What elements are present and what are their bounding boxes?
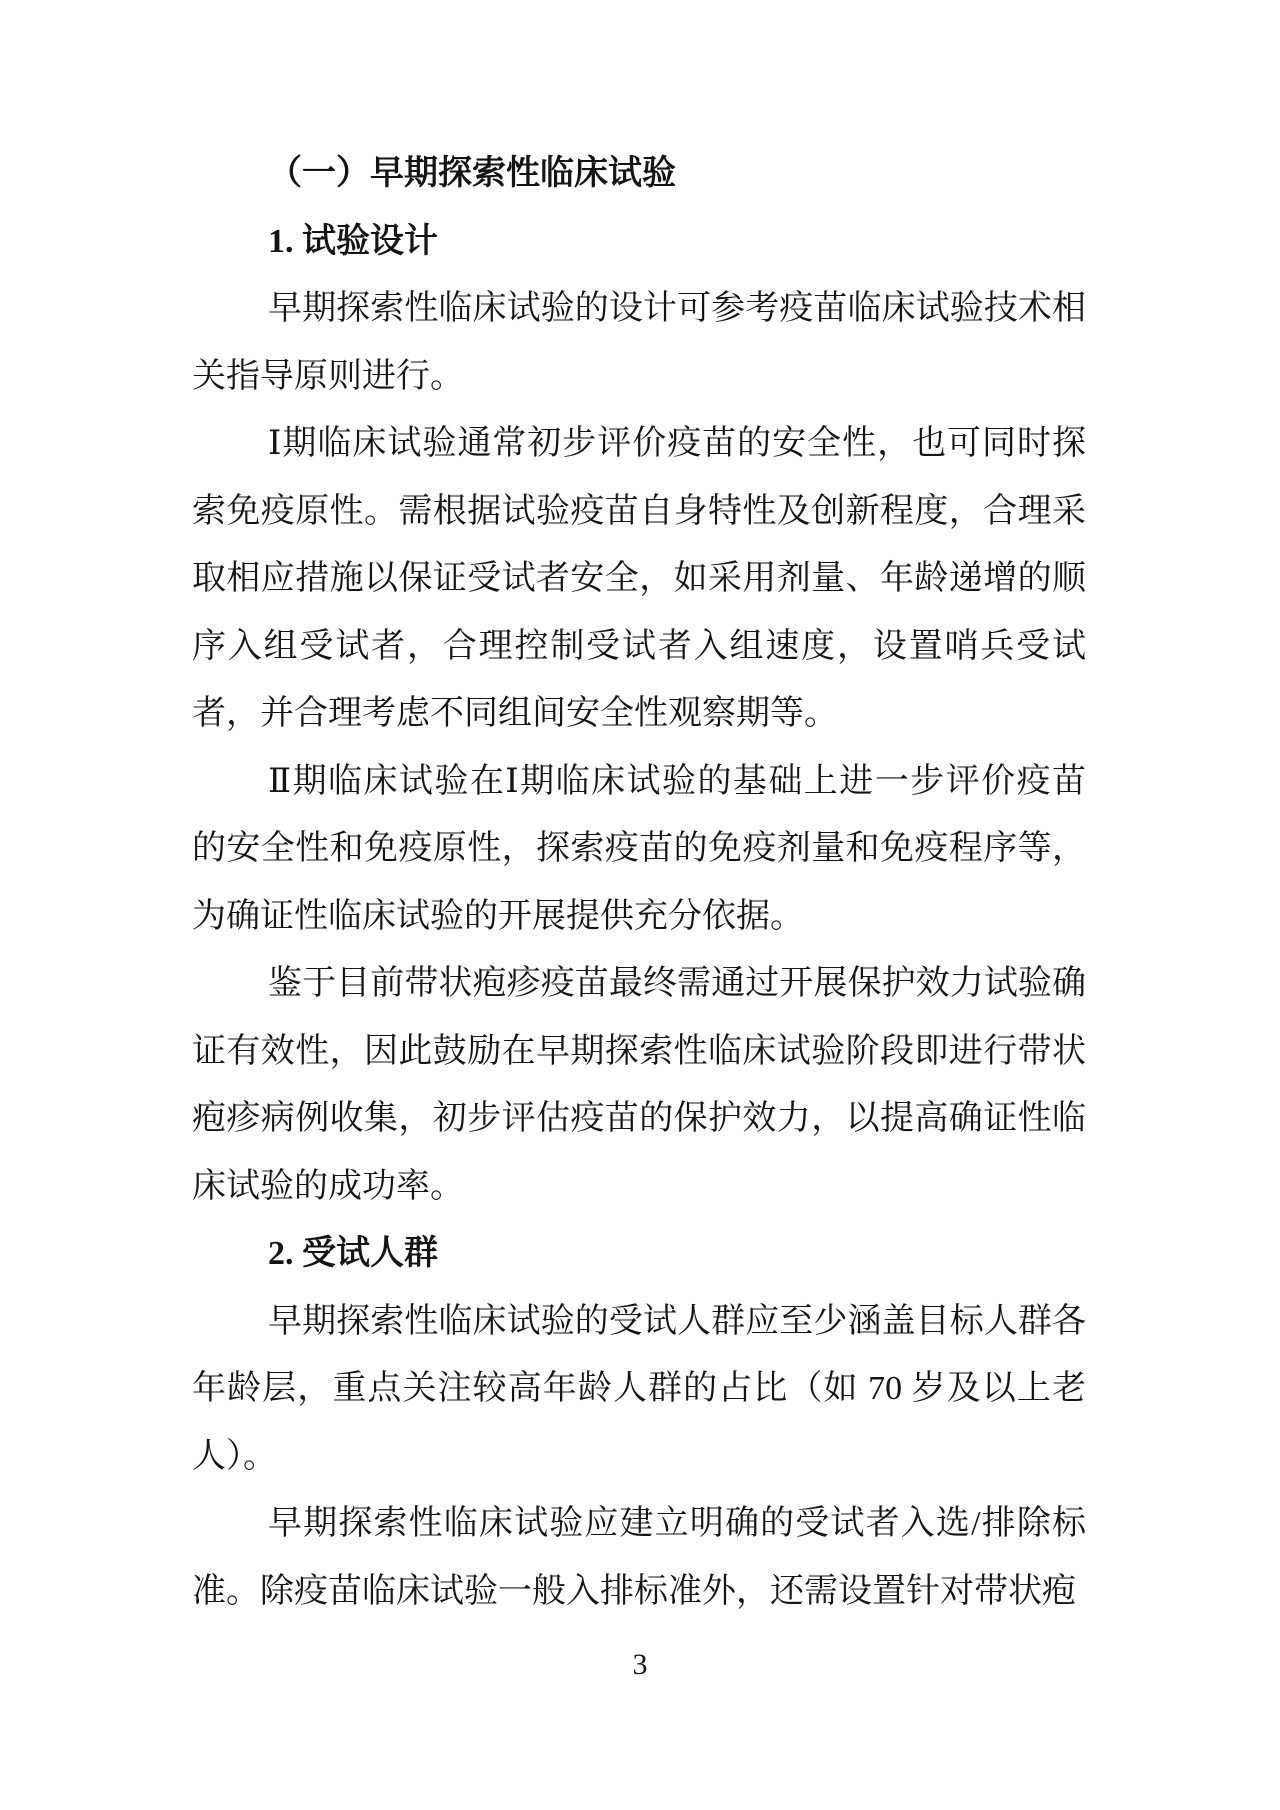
body-paragraph: Ⅱ期临床试验在Ⅰ期临床试验的基础上进一步评价疫苗的安全性和免疫原性，探索疫苗的免… xyxy=(192,748,1086,951)
body-paragraph: Ⅰ期临床试验通常初步评价疫苗的安全性，也可同时探索免疫原性。需根据试验疫苗自身特… xyxy=(192,410,1086,748)
section-heading: （一）早期探索性临床试验 xyxy=(192,140,1086,208)
document-page: （一）早期探索性临床试验 1. 试验设计 早期探索性临床试验的设计可参考疫苗临床… xyxy=(0,0,1280,1810)
sub-heading-subject-population: 2. 受试人群 xyxy=(192,1220,1086,1288)
page-footer: 3 xyxy=(0,1645,1280,1685)
body-paragraph: 早期探索性临床试验应建立明确的受试者入选/排除标准。除疫苗临床试验一般入排标准外… xyxy=(192,1490,1086,1625)
document-body: （一）早期探索性临床试验 1. 试验设计 早期探索性临床试验的设计可参考疫苗临床… xyxy=(192,140,1086,1625)
body-paragraph: 鉴于目前带状疱疹疫苗最终需通过开展保护效力试验确证有效性，因此鼓励在早期探索性临… xyxy=(192,950,1086,1220)
body-paragraph: 早期探索性临床试验的受试人群应至少涵盖目标人群各年龄层，重点关注较高年龄人群的占… xyxy=(192,1288,1086,1491)
sub-heading-trial-design: 1. 试验设计 xyxy=(192,208,1086,276)
body-paragraph: 早期探索性临床试验的设计可参考疫苗临床试验技术相关指导原则进行。 xyxy=(192,275,1086,410)
page-number: 3 xyxy=(633,1648,648,1681)
